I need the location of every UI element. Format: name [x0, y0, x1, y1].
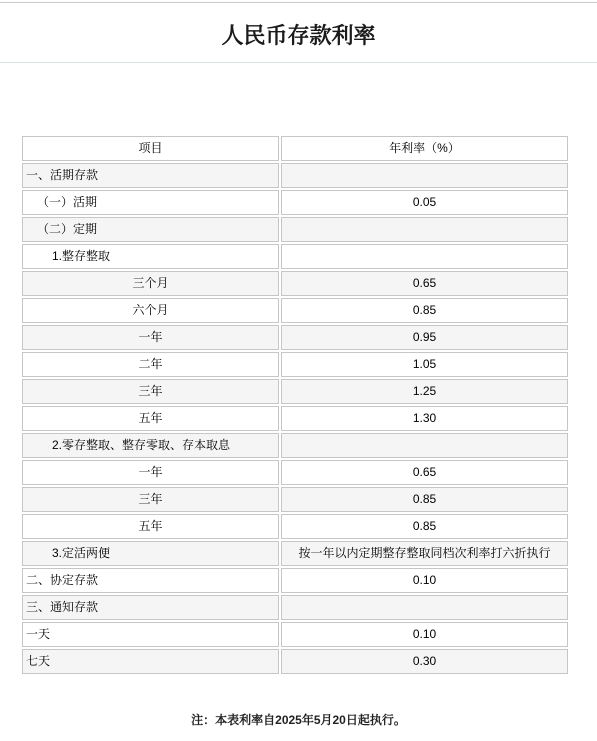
item-cell: 七天	[22, 649, 279, 674]
table-row: 三、通知存款	[22, 595, 568, 620]
item-cell: 三个月	[22, 271, 279, 296]
table-row: 五年1.30	[22, 406, 568, 431]
footnote: 注：本表利率自2025年5月20日起执行。	[0, 711, 597, 728]
rate-cell	[281, 595, 568, 620]
table-row: 3.定活两便按一年以内定期整存整取同档次利率打六折执行	[22, 541, 568, 566]
item-cell: 3.定活两便	[22, 541, 279, 566]
table-row: 二、协定存款0.10	[22, 568, 568, 593]
table-row: 一年0.65	[22, 460, 568, 485]
table-row: 五年0.85	[22, 514, 568, 539]
table-row: 1.整存整取	[22, 244, 568, 269]
table-header-row: 项目 年利率（%）	[22, 136, 568, 161]
table-row: 三个月0.65	[22, 271, 568, 296]
item-cell: 一、活期存款	[22, 163, 279, 188]
item-cell: 二、协定存款	[22, 568, 279, 593]
rate-cell	[281, 244, 568, 269]
rate-cell: 0.65	[281, 460, 568, 485]
item-cell: 一年	[22, 325, 279, 350]
item-cell: （二）定期	[22, 217, 279, 242]
table-row: 三年0.85	[22, 487, 568, 512]
item-cell: （一）活期	[22, 190, 279, 215]
column-header-item: 项目	[22, 136, 279, 161]
rate-cell: 0.10	[281, 568, 568, 593]
table-row: 三年1.25	[22, 379, 568, 404]
rate-cell: 1.30	[281, 406, 568, 431]
rate-cell	[281, 433, 568, 458]
item-cell: 一天	[22, 622, 279, 647]
item-cell: 五年	[22, 406, 279, 431]
table-row: 一天0.10	[22, 622, 568, 647]
column-header-rate: 年利率（%）	[281, 136, 568, 161]
rate-cell: 1.05	[281, 352, 568, 377]
item-cell: 三年	[22, 487, 279, 512]
table-row: 一、活期存款	[22, 163, 568, 188]
top-divider	[0, 2, 597, 3]
table-row: （二）定期	[22, 217, 568, 242]
item-cell: 五年	[22, 514, 279, 539]
deposit-rates-table: 项目 年利率（%） 一、活期存款（一）活期0.05（二）定期1.整存整取三个月0…	[20, 134, 570, 676]
item-cell: 1.整存整取	[22, 244, 279, 269]
rate-cell: 0.10	[281, 622, 568, 647]
table-row: 六个月0.85	[22, 298, 568, 323]
rate-cell: 0.85	[281, 487, 568, 512]
page: 人民币存款利率 项目 年利率（%） 一、活期存款（一）活期0.05（二）定期1.…	[0, 0, 597, 741]
table-row: 二年1.05	[22, 352, 568, 377]
table-row: 一年0.95	[22, 325, 568, 350]
item-cell: 2.零存整取、整存零取、存本取息	[22, 433, 279, 458]
rate-cell	[281, 163, 568, 188]
table-row: （一）活期0.05	[22, 190, 568, 215]
rate-cell: 0.65	[281, 271, 568, 296]
title-divider	[0, 62, 597, 63]
item-cell: 三、通知存款	[22, 595, 279, 620]
rate-cell: 0.85	[281, 514, 568, 539]
item-cell: 三年	[22, 379, 279, 404]
page-title: 人民币存款利率	[0, 23, 597, 49]
rate-cell	[281, 217, 568, 242]
table-row: 七天0.30	[22, 649, 568, 674]
rate-cell: 1.25	[281, 379, 568, 404]
item-cell: 二年	[22, 352, 279, 377]
rate-cell: 按一年以内定期整存整取同档次利率打六折执行	[281, 541, 568, 566]
item-cell: 六个月	[22, 298, 279, 323]
rate-cell: 0.95	[281, 325, 568, 350]
item-cell: 一年	[22, 460, 279, 485]
rate-cell: 0.05	[281, 190, 568, 215]
table-row: 2.零存整取、整存零取、存本取息	[22, 433, 568, 458]
rate-cell: 0.30	[281, 649, 568, 674]
rate-cell: 0.85	[281, 298, 568, 323]
